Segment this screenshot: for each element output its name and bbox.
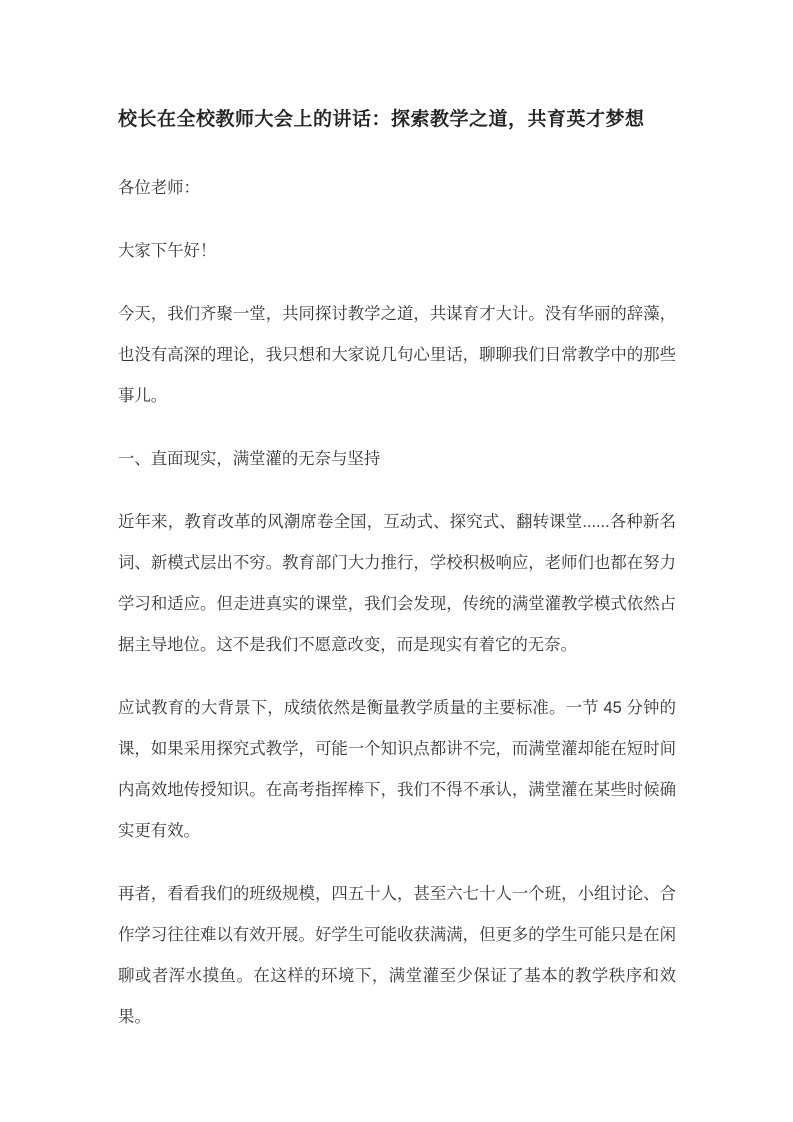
salutation: 各位老师： — [118, 168, 676, 209]
section-1-paragraph-2: 应试教育的大背景下，成绩依然是衡量教学质量的主要标准。一节 45 分钟的课，如果… — [118, 688, 676, 852]
document-page: 校长在全校教师大会上的讲话：探索教学之道，共育英才梦想 各位老师： 大家下午好！… — [0, 0, 793, 1098]
section-1-heading: 一、直面现实，满堂灌的无奈与坚持 — [118, 439, 676, 480]
section-1-paragraph-3: 再者，看看我们的班级规模，四五十人，甚至六七十人一个班，小组讨论、合作学习往往难… — [118, 874, 676, 1038]
section-1-paragraph-1: 近年来，教育改革的风潮席卷全国，互动式、探究式、翻转课堂......各种新名词、… — [118, 502, 676, 666]
intro-paragraph: 今天，我们齐聚一堂，共同探讨教学之道，共谋育才大计。没有华丽的辞藻，也没有高深的… — [118, 294, 676, 417]
greeting: 大家下午好！ — [118, 231, 676, 272]
page-title: 校长在全校教师大会上的讲话：探索教学之道，共育英才梦想 — [118, 105, 676, 135]
